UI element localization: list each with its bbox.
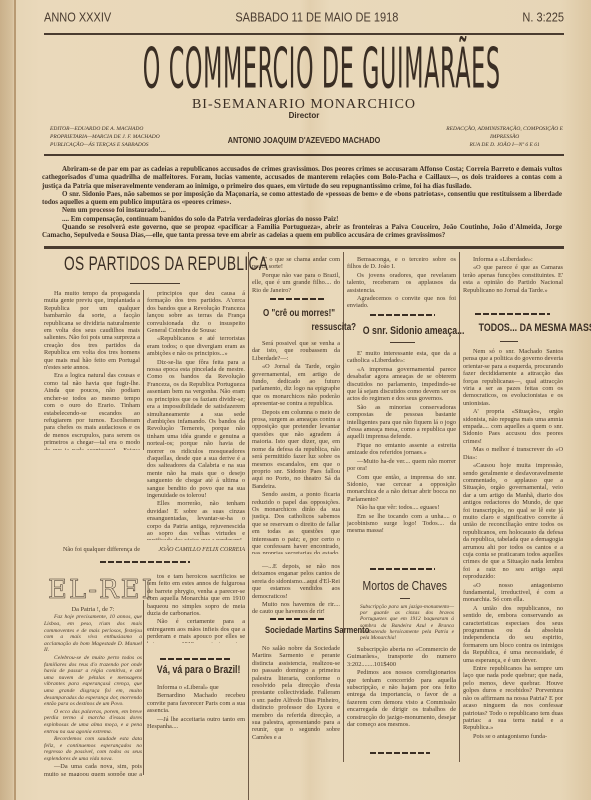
ornament-divider [370, 568, 435, 570]
paragraph: Com que então, a imprensa do snr. Sidoni… [347, 474, 456, 504]
masthead-rule [44, 33, 564, 35]
paragraph: Não é certamente para a entregarem aos m… [147, 618, 245, 643]
newspaper-page: ANNO XXXIV SABBADO 11 DE MAIO DE 1918 N.… [0, 0, 591, 800]
editorial-paragraph: Quando se resolverá este governo, que se… [42, 223, 562, 240]
paragraph: Fique no emtanto assente a estreita amiz… [347, 442, 456, 457]
headline-cre-ou-morres: O "crê ou morres!" [263, 308, 335, 319]
column4-top-text: Bemsaconga, e o terceiro sobre os filhos… [347, 256, 456, 311]
paragraph: Depois em columna o meio de prosa, surge… [252, 409, 340, 490]
headline-sidonio: O snr. Sidonio ameaça... [363, 325, 465, 337]
paragraph: Em se lhe tocando com a unha.... o jacob… [347, 513, 456, 535]
paragraph: Porque não vae para o Brazil, elle, que … [252, 272, 340, 294]
admin-line: RUA DE D. JOÃO I—Nº 6 E 61 [446, 141, 563, 149]
headline-partidos: OS PARTIDOS DA REPUBLICA [64, 254, 268, 276]
quote-paragraph: Recordemos com saudade esta data feliz, … [44, 736, 142, 762]
article-partidos-col2: principios que deu causa á formação dos … [147, 290, 245, 540]
headline-brazil: Vá, vá para o Brazil! [147, 664, 245, 676]
paragraph: tos e tam heroicos sacrificios se tem fe… [147, 573, 245, 617]
paragraph: Era a logica natural das cousas e como t… [44, 372, 140, 450]
paragraph: Subscripção aberta no «Commercio de Guim… [347, 646, 456, 668]
paragraph: Diz-se-lia que fôra feita para a nossa e… [147, 359, 245, 500]
partidos-signature: JOÃO CAMILLO FELIX CORREIA [147, 547, 245, 554]
headline-mortos-chaves: Mortos de Chaves [363, 578, 447, 593]
paragraph: Agradecemos o convite que nos foi enviad… [347, 295, 456, 310]
headline-martins-sarmento: Sociedade Martins Sarmento [265, 625, 369, 636]
article-todos: Nem só o snr. Machado Santos pensa que a… [463, 348, 563, 770]
paragraph: E' o que se chama andar com pouca sorte! [252, 256, 340, 271]
paragraph: «O Jornal da Tarde, orgão governamental,… [252, 363, 340, 407]
paragraph: «Republicanos e até terroristas eram tod… [147, 335, 245, 357]
editorial-paragraph: Abriram-se de par em par as cadeias a re… [42, 165, 562, 190]
divider [500, 341, 518, 342]
ornament-divider [100, 561, 190, 563]
paragraph: Pois se o antagonismo funda- [463, 733, 563, 740]
front-editorial: Abriram-se de par em par as cadeias a re… [42, 165, 562, 240]
paragraph: Não ha que vêr: todos.... eguaes! [347, 504, 456, 511]
article-sidonio: E' muito interessante esta, que da a cat… [347, 350, 456, 560]
director-label: Director [44, 111, 564, 120]
year-label: ANNO XXXIV [44, 11, 111, 25]
paragraph: Mas o melhor é transcrever do «O Dia»: [463, 446, 563, 461]
headline-todos: TODOS... DA MESMA MASSA! [479, 322, 591, 334]
paragraph: Elles morrerão, não tenham duvidas! E so… [147, 500, 245, 540]
admin-address: REDACÇÃO, ADMINISTRAÇÃO, COMPOSIÇÃO E IM… [446, 125, 563, 149]
paragraph: Será possivel que se venha a dar isto, q… [252, 340, 340, 362]
column3-top-text: E' o que se chama andar com pouca sorte!… [252, 256, 340, 295]
issue-number: N. 3:225 [522, 11, 564, 25]
article-brazil: Informa o «Liberal» que Bernardino Macha… [147, 684, 245, 731]
paragraph: Entre republicanos ha sempre um laço que… [463, 665, 563, 732]
page-fold [14, 0, 16, 800]
paragraph: Informa a «Liberdade»: [463, 256, 563, 263]
paragraph: —...E depois, se não nos deixamos engana… [252, 563, 340, 600]
paragraph: «O nosso antagonismo fundamental, irredu… [463, 582, 563, 604]
staff-editor: EDITOR—EDUARDO DE A. MACHADO [50, 125, 160, 133]
paragraph: E' muito interessante esta, que da a cat… [347, 350, 456, 365]
ornament-divider [270, 618, 325, 620]
admin-line: REDACÇÃO, ADMINISTRAÇÃO, COMPOSIÇÃO E [446, 125, 563, 133]
column5-top-text: Informa a «Liberdade»: «O que parece é q… [463, 256, 563, 295]
paragraph: A' propria «Situação», orgão sidonista, … [463, 408, 563, 445]
column-rule [143, 600, 144, 775]
paragraph: Informa o «Liberal» que [147, 684, 245, 691]
editorial-rule [44, 246, 564, 249]
chaves-note: Subscripção para um jazigo-monumento—por… [360, 604, 454, 641]
partidos-continuation: Não foi qualquer differença de [44, 546, 140, 554]
divider [400, 598, 410, 599]
paragraph: principios que deu causa á formação dos … [147, 290, 245, 334]
source-line: Da Patria !, de 7: [44, 606, 142, 613]
paragraph: —Da uma cada nova, sim, pois muito se ma… [44, 763, 142, 776]
article-el-rei-col2: tos e tam heroicos sacrificios se tem fe… [147, 573, 245, 643]
paragraph: Os jovens oradores, que revelaram talent… [347, 272, 456, 294]
article-cre-ou-morres-end: —...E depois, se não nos deixamos engana… [252, 563, 340, 617]
paragraph: Ha muito tempo da propaganda muita gente… [44, 290, 140, 371]
ornament-divider [475, 313, 550, 315]
article-cre-ou-morres: Será possivel que se venha a dar isto, q… [252, 340, 340, 554]
article-partidos-col1: Ha muito tempo da propaganda muita gente… [44, 290, 140, 450]
article-martins-sarmento: No salão nobre da Sociedade Martins Sarm… [252, 645, 340, 775]
editorial-paragraph: O snr. Sidonio Paes, não sabemos se por … [42, 190, 562, 207]
divider [390, 342, 415, 343]
paragraph: «O que parece é que as Camaras terão ape… [463, 264, 563, 294]
quote-paragraph: Faz hoje precisamente, 10 annos, que Lis… [44, 614, 142, 654]
paragraph: Nem só o snr. Machado Santos pensa que a… [463, 348, 563, 407]
newspaper-title: O COMMERCIO DE GUIMARÃES [143, 38, 465, 102]
ornament-divider [370, 752, 430, 754]
editorial-paragraph: .... Em compensação, continuam banidos d… [42, 215, 562, 223]
paragraph: Pedimos aos nossos correligionarios que … [347, 669, 456, 728]
paragraph: —Muito ha-de ver.... quem não morrer por… [347, 458, 456, 473]
article-el-rei-col1: Da Patria !, de 7: Faz hoje precisamente… [44, 606, 142, 776]
paragraph: Sendo assim, a ponto ficaria reduzido o … [252, 491, 340, 554]
issue-date: SABBADO 11 DE MAIO DE 1918 [235, 11, 398, 25]
ornament-divider [270, 298, 325, 300]
paragraph: São as minorias conservadoras compostas … [347, 404, 456, 441]
paragraph: —Já lhe acceitaria outro tanto em Hespan… [147, 716, 245, 731]
divider [130, 283, 180, 284]
quote-paragraph: Celebrou-se de muito perto todos os fami… [44, 655, 142, 708]
headline-el-rei: EL-REI [48, 575, 154, 605]
quote-paragraph: O ecco das palavras, porem, em breve per… [44, 709, 142, 735]
paragraph: «Causou hoje muita impressão, sendo gera… [463, 462, 563, 581]
paragraph: Muito nos havemos de rir.... de cauto qu… [252, 601, 340, 616]
paragraph: «A imprensa governamental parece desabaf… [347, 366, 456, 403]
headline-text: Vá, vá para o Brazil! [157, 664, 235, 676]
ornament-divider [370, 314, 435, 316]
column-rule [248, 252, 249, 800]
ornament-divider [160, 658, 230, 660]
article-mortos-chaves: Subscripção aberta no «Commercio de Guim… [347, 646, 456, 761]
headline-ressuscita: ressuscita? [312, 322, 356, 333]
masthead-top-line: ANNO XXXIV SABBADO 11 DE MAIO DE 1918 N.… [44, 11, 564, 25]
paragraph: A união dos republicanos, no sentido de,… [463, 605, 563, 664]
editorial-paragraph: Nem um processo foi instaurado!... [42, 206, 562, 214]
paragraph: Não foi qualquer differença de [44, 546, 140, 553]
admin-line: IMPRESSÃO [446, 133, 563, 141]
column-rule [143, 290, 144, 450]
paragraph: Bemsaconga, e o terceiro sobre os filhos… [347, 256, 456, 271]
paragraph: No salão nobre da Sociedade Martins Sarm… [252, 645, 340, 741]
paragraph: Bernardino Machado recebeu convite para … [147, 692, 245, 714]
header-rule [44, 154, 564, 156]
